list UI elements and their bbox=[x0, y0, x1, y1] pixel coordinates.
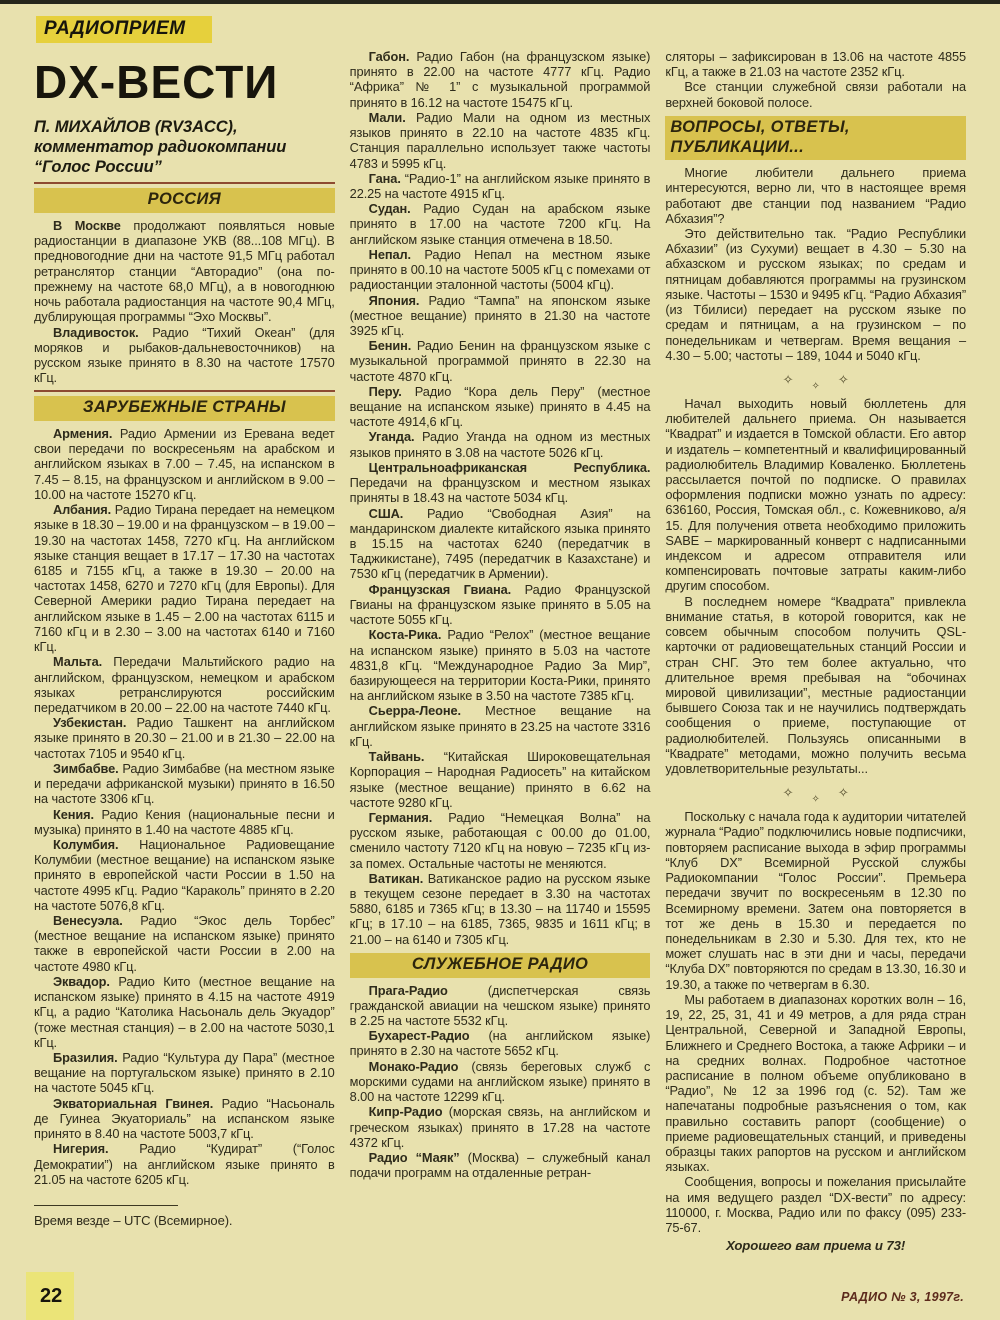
entry-lead: Прага-Радио bbox=[369, 983, 488, 998]
issue-label: РАДИО № 3, 1997г. bbox=[841, 1290, 964, 1304]
section-header-russia: РОССИЯ bbox=[34, 188, 335, 213]
ornament-divider: ✧✧✧ bbox=[665, 785, 966, 801]
diamond-icon: ✧ bbox=[783, 785, 794, 800]
column-right: сляторы – зафиксирован в 13.06 на частот… bbox=[665, 49, 966, 1264]
diamond-icon: ✧ bbox=[783, 372, 794, 387]
diamond-icon: ✧ bbox=[811, 794, 819, 806]
entry-paragraph: сляторы – зафиксирован в 13.06 на частот… bbox=[665, 49, 966, 79]
entry-lead: Радио “Маяк” bbox=[369, 1150, 468, 1165]
entry-paragraph: Многие любители дальнего приема интересу… bbox=[665, 165, 966, 226]
entry-lead: Мальта. bbox=[53, 654, 113, 669]
diamond-icon: ✧ bbox=[811, 381, 819, 393]
entry-paragraph: Албания. Радио Тирана передает на немецк… bbox=[34, 502, 335, 654]
entry-paragraph: Поскольку с начала года к аудитории чита… bbox=[665, 809, 966, 992]
entry-lead: Перу. bbox=[369, 384, 415, 399]
diamond-icon: ✧ bbox=[838, 785, 849, 800]
entry-paragraph: Зимбабве. Радио Зимбабве (на местном язы… bbox=[34, 761, 335, 807]
entry-paragraph: Сообщения, вопросы и пожелания присылайт… bbox=[665, 1174, 966, 1235]
entry-paragraph: Уганда. Радио Уганда на одном из местных… bbox=[350, 429, 651, 459]
entry-paragraph: Германия. Радио “Немецкая Волна” на русс… bbox=[350, 810, 651, 871]
entry-paragraph: Кипр-Радио (морская связь, на английском… bbox=[350, 1104, 651, 1150]
entry-lead: Эквадор. bbox=[53, 974, 118, 989]
entry-paragraph: Экваториальная Гвинея. Радио “Насьональ … bbox=[34, 1096, 335, 1142]
article-title: DX-ВЕСТИ bbox=[34, 59, 335, 105]
entry-paragraph: Французская Гвиана. Радио Французской Гв… bbox=[350, 582, 651, 628]
entry-lead: Французская Гвиана. bbox=[369, 582, 525, 597]
entry-paragraph: Бенин. Радио Бенин на французском языке … bbox=[350, 338, 651, 384]
section-header-questions-answers: ВОПРОСЫ, ОТВЕТЫ, ПУБЛИКАЦИИ... bbox=[665, 116, 966, 160]
diamond-icon: ✧ bbox=[838, 372, 849, 387]
entry-paragraph: США. Радио “Свободная Азия” на мандаринс… bbox=[350, 506, 651, 582]
entry-lead: Монако-Радио bbox=[369, 1059, 472, 1074]
entry-lead: Зимбабве. bbox=[53, 761, 122, 776]
page-number-strip: 22 bbox=[26, 1272, 74, 1320]
entry-paragraph: Гана. “Радио-1” на английском языке прин… bbox=[350, 171, 651, 201]
entry-lead: США. bbox=[369, 506, 427, 521]
entry-lead: Узбекистан. bbox=[53, 715, 137, 730]
entry-lead: В Москве bbox=[53, 218, 133, 233]
entry-lead: Кипр-Радио bbox=[369, 1104, 449, 1119]
entry-paragraph: Япония. Радио “Тампа” на японском языке … bbox=[350, 293, 651, 339]
rubric-kicker: РАДИОПРИЕМ bbox=[36, 16, 212, 43]
entry-paragraph: Центральноафриканская Республика. Переда… bbox=[350, 460, 651, 506]
entry-lead: Гана. bbox=[369, 171, 405, 186]
column-left-blocks: РОССИЯВ Москве продолжают появляться нов… bbox=[34, 188, 335, 1228]
signoff: Хорошего вам приема и 73! bbox=[665, 1238, 966, 1254]
entry-paragraph: Армения. Радио Армении из Еревана ведет … bbox=[34, 426, 335, 502]
entry-lead: Албания. bbox=[53, 502, 115, 517]
entry-lead: Тайвань. bbox=[369, 749, 444, 764]
entry-paragraph: Мальта. Передачи Мальтийского радио на а… bbox=[34, 654, 335, 715]
entry-paragraph: Мы работаем в диапазонах коротких волн –… bbox=[665, 992, 966, 1175]
entry-paragraph: Ватикан. Ватиканское радио на русском яз… bbox=[350, 871, 651, 947]
entry-paragraph: Начал выходить новый бюллетень для любит… bbox=[665, 396, 966, 594]
entry-lead: Ватикан. bbox=[369, 871, 428, 886]
byline-role: комментатор радиокомпании bbox=[34, 137, 335, 157]
magazine-page: РАДИОПРИЕМ DX-ВЕСТИ П. МИХАЙЛОВ (RV3ACC)… bbox=[0, 0, 1000, 1320]
entry-paragraph: Кения. Радио Кения (национальные песни и… bbox=[34, 807, 335, 837]
entry-paragraph: Все станции служебной связи работали на … bbox=[665, 79, 966, 109]
entry-paragraph: Колумбия. Национальное Радиовещание Колу… bbox=[34, 837, 335, 913]
entry-paragraph: Судан. Радио Судан на арабском языке при… bbox=[350, 201, 651, 247]
entry-paragraph: Сьерра-Леоне. Местное вещание на английс… bbox=[350, 703, 651, 749]
entry-paragraph: Эквадор. Радио Кито (местное вещание на … bbox=[34, 974, 335, 1050]
entry-paragraph: В Москве продолжают появляться новые рад… bbox=[34, 218, 335, 325]
entry-lead: Германия. bbox=[369, 810, 449, 825]
entry-lead: Бенин. bbox=[369, 338, 417, 353]
entry-lead: Бразилия. bbox=[53, 1050, 122, 1065]
entry-paragraph: Перу. Радио “Кора дель Перу” (местное ве… bbox=[350, 384, 651, 430]
page-footer: 22 РАДИО № 3, 1997г. bbox=[0, 1268, 1000, 1320]
entry-paragraph: Монако-Радио (связь береговых служб с мо… bbox=[350, 1059, 651, 1105]
entry-lead: Нигерия. bbox=[53, 1141, 139, 1156]
column-middle: Габон. Радио Габон (на французском языке… bbox=[350, 49, 651, 1264]
entry-lead: Армения. bbox=[53, 426, 120, 441]
entry-paragraph: Прага-Радио (диспетчерская связь граждан… bbox=[350, 983, 651, 1029]
entry-lead: Бухарест-Радио bbox=[369, 1028, 489, 1043]
entry-lead: Центральноафриканская Республика. bbox=[369, 460, 651, 475]
entry-paragraph: В последнем номере “Квадрата” привлекла … bbox=[665, 594, 966, 777]
entry-lead: Габон. bbox=[369, 49, 417, 64]
section-header-utility-radio: СЛУЖЕБНОЕ РАДИО bbox=[350, 953, 651, 978]
entry-lead: Коста-Рика. bbox=[369, 627, 448, 642]
entry-lead: Экваториальная Гвинея. bbox=[53, 1096, 222, 1111]
entry-lead: Непал. bbox=[369, 247, 425, 262]
entry-lead: Венесуэла. bbox=[53, 913, 140, 928]
page-number: 22 bbox=[26, 1285, 62, 1308]
entry-paragraph: Мали. Радио Мали на одном из местных язы… bbox=[350, 110, 651, 171]
article-content: DX-ВЕСТИ П. МИХАЙЛОВ (RV3ACC), комментат… bbox=[0, 49, 1000, 1264]
section-header-foreign-countries: ЗАРУБЕЖНЫЕ СТРАНЫ bbox=[34, 396, 335, 421]
entry-paragraph: Венесуэла. Радио “Экос дель Торбес” (мес… bbox=[34, 913, 335, 974]
entry-lead: Уганда. bbox=[369, 429, 422, 444]
entry-paragraph: Узбекистан. Радио Ташкент на английском … bbox=[34, 715, 335, 761]
entry-lead: Судан. bbox=[369, 201, 424, 216]
entry-paragraph: Тайвань. “Китайская Широковещательная Ко… bbox=[350, 749, 651, 810]
entry-paragraph: Владивосток. Радио “Тихий Океан” (для мо… bbox=[34, 325, 335, 386]
entry-paragraph: Радио “Маяк” (Москва) – служебный канал … bbox=[350, 1150, 651, 1180]
entry-lead: Колумбия. bbox=[53, 837, 139, 852]
byline-station: “Голос России” bbox=[34, 157, 335, 177]
entry-paragraph: Габон. Радио Габон (на французском языке… bbox=[350, 49, 651, 110]
byline: П. МИХАЙЛОВ (RV3ACC), комментатор радиок… bbox=[34, 117, 335, 177]
entry-lead: Кения. bbox=[53, 807, 101, 822]
entry-paragraph: Нигерия. Радио “Кудират” (“Голос Демокра… bbox=[34, 1141, 335, 1187]
entry-lead: Япония. bbox=[369, 293, 429, 308]
entry-paragraph: Коста-Рика. Радио “Релох” (местное вещан… bbox=[350, 627, 651, 703]
entry-lead: Владивосток. bbox=[53, 325, 152, 340]
entry-paragraph: Бразилия. Радио “Культура ду Пара” (мест… bbox=[34, 1050, 335, 1096]
entry-paragraph: Это действительно так. “Радио Республики… bbox=[665, 226, 966, 363]
entry-paragraph: Бухарест-Радио (на английском языке) при… bbox=[350, 1028, 651, 1058]
byline-author: П. МИХАЙЛОВ (RV3ACC), bbox=[34, 117, 335, 137]
masthead: DX-ВЕСТИ П. МИХАЙЛОВ (RV3ACC), комментат… bbox=[34, 59, 335, 177]
entry-paragraph: Непал. Радио Непал на местном языке прин… bbox=[350, 247, 651, 293]
entry-lead: Сьерра-Леоне. bbox=[369, 703, 485, 718]
column-left: DX-ВЕСТИ П. МИХАЙЛОВ (RV3ACC), комментат… bbox=[34, 49, 335, 1264]
utc-note: Время везде – UTC (Всемирное). bbox=[34, 1205, 335, 1228]
entry-lead: Мали. bbox=[369, 110, 416, 125]
ornament-divider: ✧✧✧ bbox=[665, 372, 966, 388]
